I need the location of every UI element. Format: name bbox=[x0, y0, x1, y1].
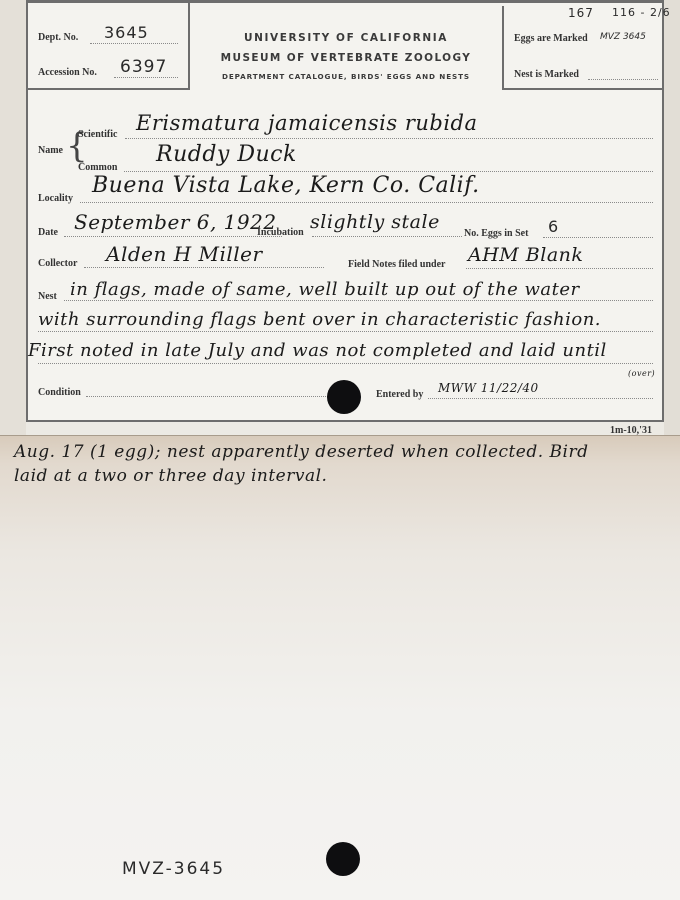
over-note: (over) bbox=[628, 369, 655, 378]
eggs-in-set-value: 6 bbox=[548, 217, 559, 236]
scientific-name-value: Erismatura jamaicensis rubida bbox=[136, 111, 478, 135]
nest-text-line-1: in flags, made of same, well built up ou… bbox=[70, 279, 580, 300]
condition-line bbox=[86, 396, 356, 397]
field-notes-line bbox=[466, 268, 653, 269]
nest-text-line-3: First noted in late July and was not com… bbox=[28, 340, 607, 361]
collector-value: Alden H Miller bbox=[106, 242, 263, 266]
nest-line-3 bbox=[38, 363, 653, 364]
accession-no-label: Accession No. bbox=[38, 67, 97, 78]
field-notes-value: AHM Blank bbox=[468, 244, 583, 266]
eggs-in-set-line bbox=[543, 237, 653, 238]
accession-no-value: 6397 bbox=[120, 57, 167, 77]
marking-box: 167 116 - 2/6 Eggs are Marked MVZ 3645 N… bbox=[502, 6, 664, 90]
common-name-value: Ruddy Duck bbox=[156, 142, 297, 167]
header-department: DEPARTMENT CATALOGUE, BIRDS' EGGS AND NE… bbox=[191, 72, 501, 81]
back-text-line-1: Aug. 17 (1 egg); nest apparently deserte… bbox=[14, 442, 589, 462]
entered-by-label: Entered by bbox=[376, 389, 423, 400]
header-museum: MUSEUM OF VERTEBRATE ZOOLOGY bbox=[191, 52, 501, 64]
date-label: Date bbox=[38, 227, 58, 238]
scientific-label: Scientific bbox=[78, 129, 117, 140]
card-front: Dept. No. 3645 Accession No. 6397 UNIVER… bbox=[0, 0, 680, 435]
collector-line bbox=[84, 267, 324, 268]
nest-line-1 bbox=[64, 300, 653, 301]
corner-note-2: 116 - 2/6 bbox=[612, 6, 671, 19]
corner-note-1: 167 bbox=[568, 6, 594, 20]
entered-by-line bbox=[428, 398, 653, 399]
incubation-label: Incubation bbox=[257, 227, 304, 238]
common-label: Common bbox=[78, 162, 117, 173]
locality-value: Buena Vista Lake, Kern Co. Calif. bbox=[92, 173, 480, 198]
date-value: September 6, 1922 bbox=[74, 210, 277, 234]
locality-line bbox=[80, 202, 653, 203]
dept-no-label: Dept. No. bbox=[38, 32, 78, 43]
dept-no-line bbox=[90, 43, 178, 44]
scientific-line bbox=[125, 138, 653, 139]
card-margin-right bbox=[664, 0, 680, 435]
back-text-line-2: laid at a two or three day interval. bbox=[14, 466, 327, 486]
eggs-marked-value: MVZ 3645 bbox=[600, 32, 646, 42]
condition-label: Condition bbox=[38, 387, 81, 398]
dept-accession-box: Dept. No. 3645 Accession No. 6397 bbox=[28, 3, 190, 90]
header-university: UNIVERSITY OF CALIFORNIA bbox=[191, 32, 501, 44]
entered-by-value: MWW 11/22/40 bbox=[438, 381, 539, 395]
incubation-line bbox=[312, 236, 462, 237]
date-line bbox=[64, 236, 282, 237]
catalogue-form: Dept. No. 3645 Accession No. 6397 UNIVER… bbox=[26, 0, 664, 422]
nest-text-line-2: with surrounding flags bent over in char… bbox=[38, 309, 601, 330]
collector-label: Collector bbox=[38, 258, 77, 269]
accession-no-line bbox=[114, 77, 178, 78]
card-back: Aug. 17 (1 egg); nest apparently deserte… bbox=[0, 435, 680, 900]
name-label: Name bbox=[38, 145, 63, 156]
dept-no-value: 3645 bbox=[104, 23, 149, 42]
card-margin-left bbox=[0, 0, 26, 435]
catalog-number: MVZ-3645 bbox=[122, 859, 225, 879]
eggs-marked-label: Eggs are Marked bbox=[514, 33, 588, 44]
locality-label: Locality bbox=[38, 193, 73, 204]
nest-line-2 bbox=[38, 331, 653, 332]
nest-marked-label: Nest is Marked bbox=[514, 69, 579, 80]
nest-label: Nest bbox=[38, 291, 57, 302]
field-notes-label: Field Notes filed under bbox=[348, 259, 446, 270]
nest-marked-line bbox=[588, 79, 658, 80]
eggs-in-set-label: No. Eggs in Set bbox=[464, 228, 528, 239]
punch-hole-back bbox=[326, 842, 360, 876]
incubation-value: slightly stale bbox=[310, 211, 440, 233]
punch-hole-front bbox=[327, 380, 361, 414]
common-line bbox=[124, 171, 653, 172]
